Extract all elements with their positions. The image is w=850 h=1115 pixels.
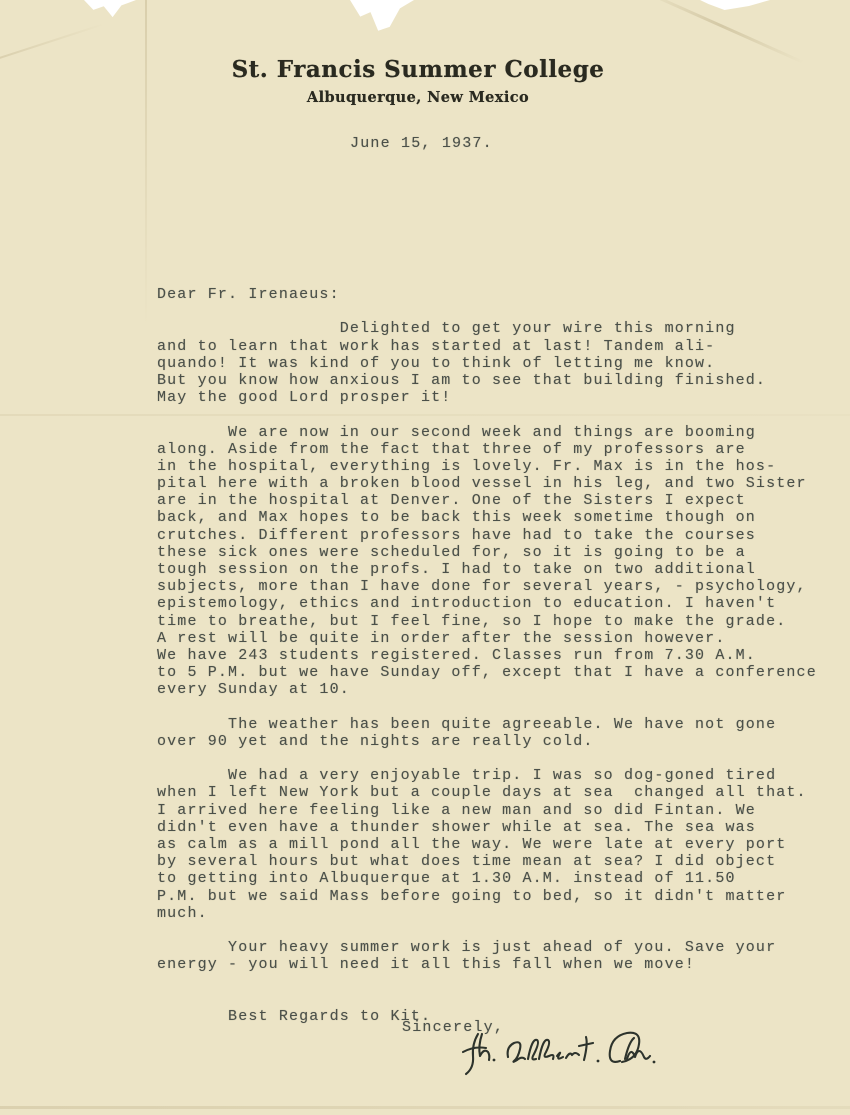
- letter-line: and to learn that work has started at la…: [157, 338, 837, 355]
- letter-line: in the hospital, everything is lovely. F…: [157, 458, 837, 475]
- paper-tear-center: [350, 0, 414, 32]
- letter-line: over 90 yet and the nights are really co…: [157, 733, 837, 750]
- letter-line: subjects, more than I have done for seve…: [157, 578, 837, 595]
- letter-body: Dear Fr. Irenaeus: Delighted to get your…: [157, 286, 837, 1025]
- fold-crease-vertical: [145, 0, 147, 330]
- letter-line: energy - you will need it all this fall …: [157, 956, 837, 973]
- signature-handwriting: [462, 1030, 657, 1078]
- letter-line: We have 243 students registered. Classes…: [157, 647, 837, 664]
- paper-tear-right: [700, 0, 770, 10]
- letter-line: [157, 699, 837, 716]
- letter-line: A rest will be quite in order after the …: [157, 630, 837, 647]
- letter-line: [157, 406, 837, 423]
- letter-line: back, and Max hopes to be back this week…: [157, 509, 837, 526]
- letter-line: every Sunday at 10.: [157, 681, 837, 698]
- letter-line: P.M. but we said Mass before going to be…: [157, 888, 837, 905]
- letterhead: St. Francis Summer College Albuquerque, …: [0, 56, 836, 106]
- letter-line: Delighted to get your wire this morning: [157, 320, 837, 337]
- letter-line: [157, 991, 837, 1008]
- letter-page: St. Francis Summer College Albuquerque, …: [0, 0, 850, 1115]
- paper-bottom-edge: [0, 1106, 850, 1109]
- letter-line: quando! It was kind of you to think of l…: [157, 355, 837, 372]
- letter-line: didn't even have a thunder shower while …: [157, 819, 837, 836]
- letter-line: We had a very enjoyable trip. I was so d…: [157, 767, 837, 784]
- letter-line: [157, 750, 837, 767]
- fold-crease-top-right: [639, 0, 805, 64]
- letter-line: to getting into Albuquerque at 1.30 A.M.…: [157, 870, 837, 887]
- letter-line: by several hours but what does time mean…: [157, 853, 837, 870]
- letter-line: to 5 P.M. but we have Sunday off, except…: [157, 664, 837, 681]
- letter-line: Dear Fr. Irenaeus:: [157, 286, 837, 303]
- letter-line: are in the hospital at Denver. One of th…: [157, 492, 837, 509]
- letter-line: Your heavy summer work is just ahead of …: [157, 939, 837, 956]
- letter-line: time to breathe, but I feel fine, so I h…: [157, 613, 837, 630]
- letter-line: pital here with a broken blood vessel in…: [157, 475, 837, 492]
- paper-tear-left: [84, 0, 136, 18]
- letter-line: these sick ones were scheduled for, so i…: [157, 544, 837, 561]
- letter-line: The weather has been quite agreeable. We…: [157, 716, 837, 733]
- letter-line: as calm as a mill pond all the way. We w…: [157, 836, 837, 853]
- letter-line: much.: [157, 905, 837, 922]
- letter-line: I arrived here feeling like a new man an…: [157, 802, 837, 819]
- letter-line: [157, 303, 837, 320]
- letter-line: [157, 974, 837, 991]
- letter-line: epistemology, ethics and introduction to…: [157, 595, 837, 612]
- letterhead-institution: St. Francis Summer College: [0, 56, 836, 83]
- letter-line: crutches. Different professors have had …: [157, 527, 837, 544]
- date-line: June 15, 1937.: [350, 135, 493, 152]
- letter-line: tough session on the profs. I had to tak…: [157, 561, 837, 578]
- letter-line: when I left New York but a couple days a…: [157, 784, 837, 801]
- letter-line: We are now in our second week and things…: [157, 424, 837, 441]
- letter-line: But you know how anxious I am to see tha…: [157, 372, 837, 389]
- letter-line: May the good Lord prosper it!: [157, 389, 837, 406]
- letter-line: along. Aside from the fact that three of…: [157, 441, 837, 458]
- letter-line: [157, 922, 837, 939]
- letterhead-location: Albuquerque, New Mexico: [0, 89, 836, 106]
